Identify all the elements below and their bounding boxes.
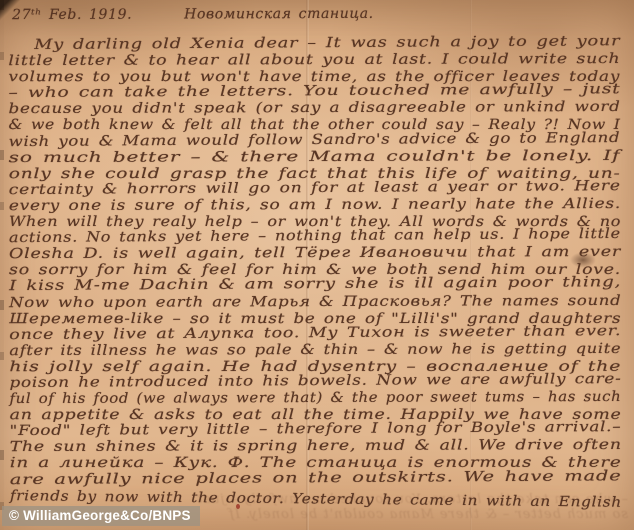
photo-edge-artifact: [0, 0, 4, 530]
letter-headline: 27ᵗʰ Feb. 1919. Новоминская станица.: [8, 5, 626, 23]
photo-credit-watermark: © WilliamGeorge&Co/BNPS: [2, 506, 200, 526]
handwritten-letter: 27ᵗʰ Feb. 1919. Новоминская станица. My …: [8, 5, 628, 501]
letter-line-text: Now who upon earth are Марья & Прасковья…: [9, 292, 621, 310]
letter-line-text: so much better – & there Mama couldn't b…: [9, 148, 621, 166]
letter-line-text: every one is sure of this, so am I now. …: [9, 196, 621, 214]
letter-line-text: because you didn't speak (or say a disag…: [8, 99, 620, 117]
letter-place: Новоминская станица.: [184, 6, 374, 23]
letter-line-text: little letter & to hear all about you at…: [8, 51, 620, 69]
letter-line-text: The sun shines & it is spring here, mud …: [10, 437, 622, 455]
letter-date: 27ᵗʰ Feb. 1919.: [12, 7, 132, 23]
letter-line-text: ful of his food (we always were that) & …: [9, 389, 621, 407]
letter-line-text: Olesha D. is well again, tell Тёрег Иван…: [9, 244, 621, 262]
letter-body: My darling old Xenia dear – It was such …: [8, 32, 628, 501]
letter-line: My darling old Xenia dear – It was such …: [8, 32, 626, 50]
letter-photograph: – who can take the letters. You touched …: [0, 0, 634, 530]
letter-line-text: after its illness he was so pale & thin …: [9, 341, 621, 359]
letter-line-text: are awfully nice places on the outskirts…: [10, 468, 622, 488]
